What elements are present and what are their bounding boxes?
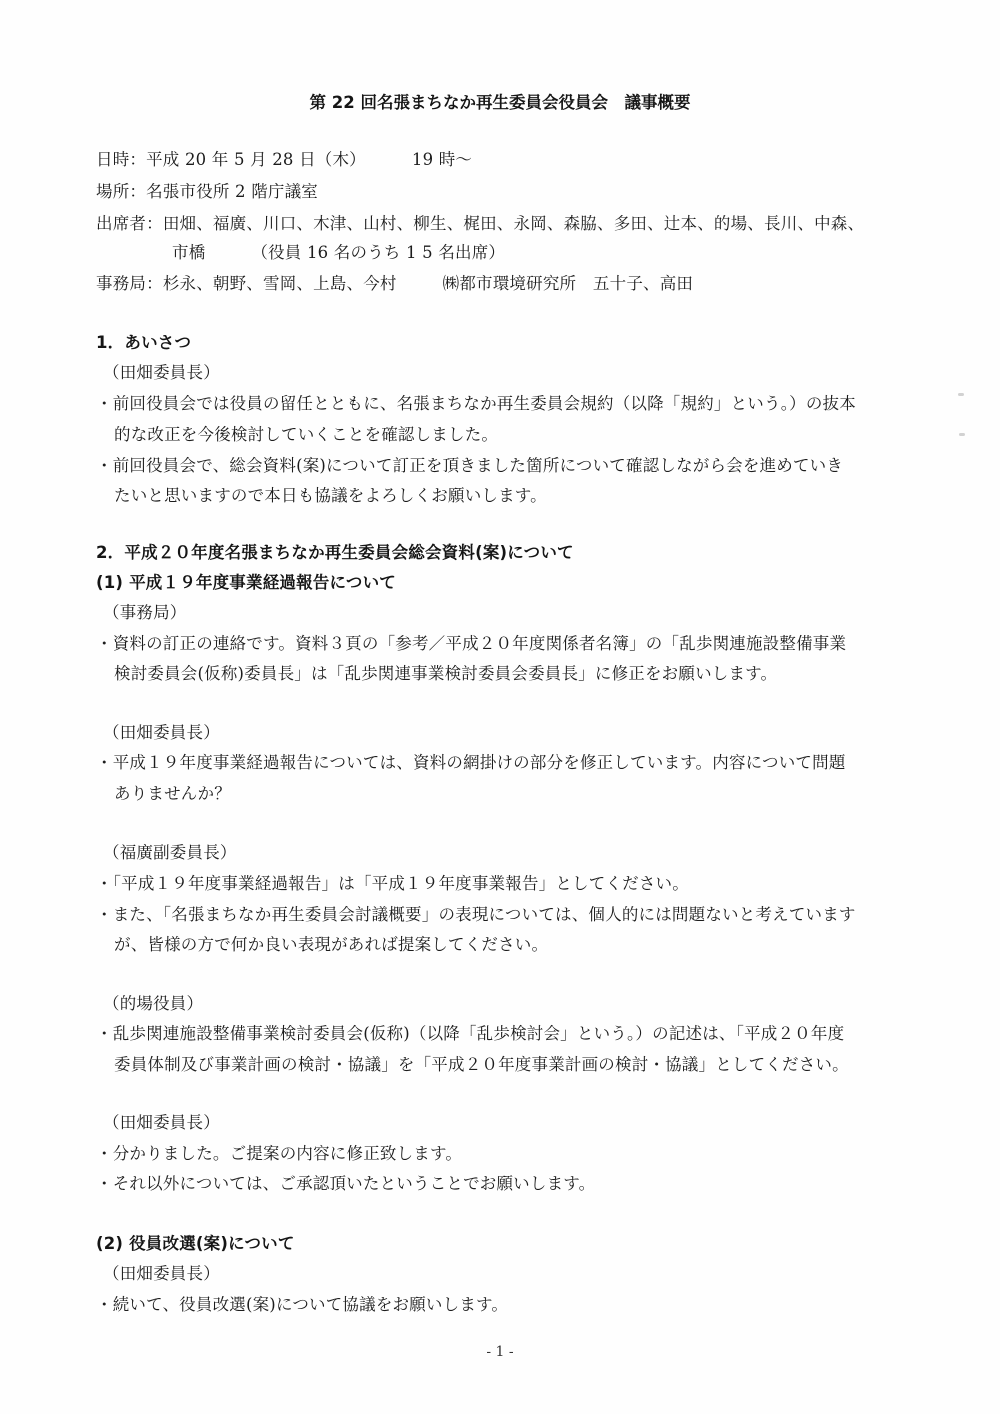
speaker-label: （田畑委員長） (103, 1113, 220, 1133)
scan-speck (959, 433, 965, 436)
meta-attendees-continued: 市橋（役員 16 名のうち 1 5 名出席） (172, 243, 505, 263)
bullet-line: ・「平成１９年度事業経過報告」は「平成１９年度事業報告」としてください。 (96, 874, 689, 894)
secretariat-label: 事務局： (96, 274, 163, 293)
bullet-line: ・平成１９年度事業経過報告については、資料の網掛けの部分を修正しています。内容に… (96, 753, 846, 773)
bullet-line: ・分かりました。ご提案の内容に修正致します。 (96, 1144, 462, 1164)
datetime-value: 平成 20 年 5 月 28 日（木） (146, 150, 366, 169)
attendees-label: 出席者： (96, 214, 163, 233)
bullet-line: ・また、「名張まちなか再生委員会討議概要」の表現については、個人的には問題ないと… (96, 905, 856, 925)
bullet-continuation: たいと思いますので本日も協議をよろしくお願いします。 (114, 486, 547, 506)
page-number: - 1 - (0, 1344, 1000, 1360)
speaker-label: （田畑委員長） (103, 363, 220, 383)
attendees-line1: 田畑、福廣、川口、木津、山村、柳生、梶田、永岡、森脇、多田、辻本、的場、長川、中… (163, 214, 864, 233)
document-title: 第 22 回名張まちなか再生委員会役員会 議事概要 (0, 92, 1000, 114)
document-page: 第 22 回名張まちなか再生委員会役員会 議事概要 日時：平成 20 年 5 月… (0, 0, 1000, 1414)
bullet-continuation: 委員体制及び事業計画の検討・協議」を「平成２０年度事業計画の検討・協議」としてく… (114, 1055, 849, 1075)
datetime-label: 日時： (96, 150, 146, 169)
meta-place: 場所：名張市役所 2 階庁議室 (96, 182, 318, 202)
bullet-line: ・それ以外については、ご承認頂いたということでお願いします。 (96, 1174, 595, 1194)
subsection-2-heading: (2) 役員改選(案)について (96, 1234, 295, 1254)
bullet-line: ・続いて、役員改選(案)について協議をお願いします。 (96, 1295, 508, 1315)
bullet-line: ・前回役員会で、総会資料(案)について訂正を頂きました箇所について確認しながら会… (96, 456, 843, 476)
section-2-heading: 2．平成２０年度名張まちなか再生委員会総会資料(案)について (96, 543, 574, 563)
bullet-line: ・前回役員会では役員の留任とともに、名張まちなか再生委員会規約（以降「規約」とい… (96, 394, 856, 414)
section-1-heading: 1．あいさつ (96, 333, 191, 353)
speaker-label: （田畑委員長） (103, 1264, 220, 1284)
place-value: 名張市役所 2 階庁議室 (146, 182, 318, 201)
speaker-label: （的場役員） (103, 994, 203, 1014)
bullet-line: ・乱歩関連施設整備事業検討委員会(仮称)（以降「乱歩検討会」という。）の記述は、… (96, 1024, 844, 1044)
speaker-label: （事務局） (103, 603, 187, 623)
secretariat-consultant: ㈱都市環境研究所 五十子、高田 (443, 274, 694, 293)
subsection-1-heading: (1) 平成１９年度事業経過報告について (96, 573, 396, 593)
attendees-line2-name: 市橋 (172, 243, 205, 262)
meta-secretariat: 事務局：杉永、朝野、雪岡、上島、今村㈱都市環境研究所 五十子、高田 (96, 274, 693, 294)
scan-speck (958, 393, 964, 396)
datetime-time: 19 時～ (412, 150, 472, 169)
bullet-continuation: 的な改正を今後検討していくことを確認しました。 (114, 425, 498, 445)
place-label: 場所： (96, 182, 146, 201)
bullet-continuation: が、皆様の方で何か良い表現があれば提案してください。 (114, 935, 548, 955)
meta-attendees: 出席者：田畑、福廣、川口、木津、山村、柳生、梶田、永岡、森脇、多田、辻本、的場、… (96, 214, 864, 234)
bullet-line: ・資料の訂正の連絡です。資料３頁の「参考／平成２０年度関係者名簿」の「乱歩関連施… (96, 634, 846, 654)
speaker-label: （田畑委員長） (103, 723, 220, 743)
meta-datetime: 日時：平成 20 年 5 月 28 日（木）19 時～ (96, 150, 472, 170)
bullet-continuation: ありませんか？ (114, 784, 231, 804)
secretariat-members: 杉永、朝野、雪岡、上島、今村 (163, 274, 397, 293)
attendees-line2-note: （役員 16 名のうち 1 5 名出席） (251, 243, 505, 262)
bullet-continuation: 検討委員会(仮称)委員長」は「乱歩関連事業検討委員会委員長」に修正をお願いします… (114, 664, 777, 684)
speaker-label: （福廣副委員長） (103, 843, 237, 863)
